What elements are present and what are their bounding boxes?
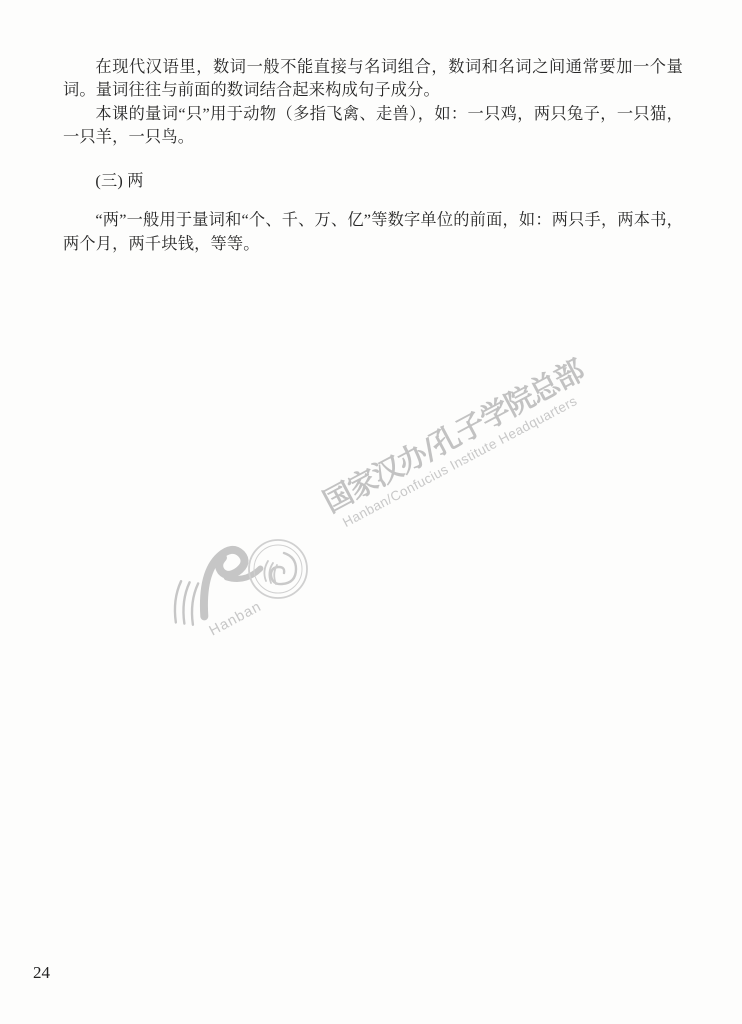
watermark-text: 国家汉办/孔子学院总部 Hanban/Confucius Institute H… — [318, 354, 597, 534]
hanban-swoosh-icon — [147, 529, 276, 638]
page-content: 在现代汉语里，数词一般不能直接与名词组合，数词和名词之间通常要加一个量词。量词往… — [63, 56, 683, 256]
paragraph-measure-word-zhi: 本课的量词“只”用于动物（多指飞禽、走兽），如：一只鸡，两只兔子，一只猫，一只羊… — [63, 103, 683, 150]
page-number: 24 — [33, 963, 50, 983]
paragraph-measure-words-intro: 在现代汉语里，数词一般不能直接与名词组合，数词和名词之间通常要加一个量词。量词往… — [63, 56, 683, 103]
section-heading-liang: (三) 两 — [63, 170, 683, 193]
hanban-logo: Hanban — [145, 528, 286, 656]
paragraph-usage-liang: “两”一般用于量词和“个、千、万、亿”等数字单位的前面，如：两只手，两本书，两个… — [63, 209, 683, 256]
watermark-chinese-text: 国家汉办/孔子学院总部 — [318, 354, 589, 519]
confucius-institute-seal-icon — [246, 537, 310, 601]
hanban-logo-label: Hanban — [207, 587, 287, 640]
textbook-page: Hanban 国家汉办/孔子学院总部 Hanban/Confucius Inst… — [0, 0, 742, 1024]
watermark-english-text: Hanban/Confucius Institute Headquarters — [334, 384, 597, 534]
